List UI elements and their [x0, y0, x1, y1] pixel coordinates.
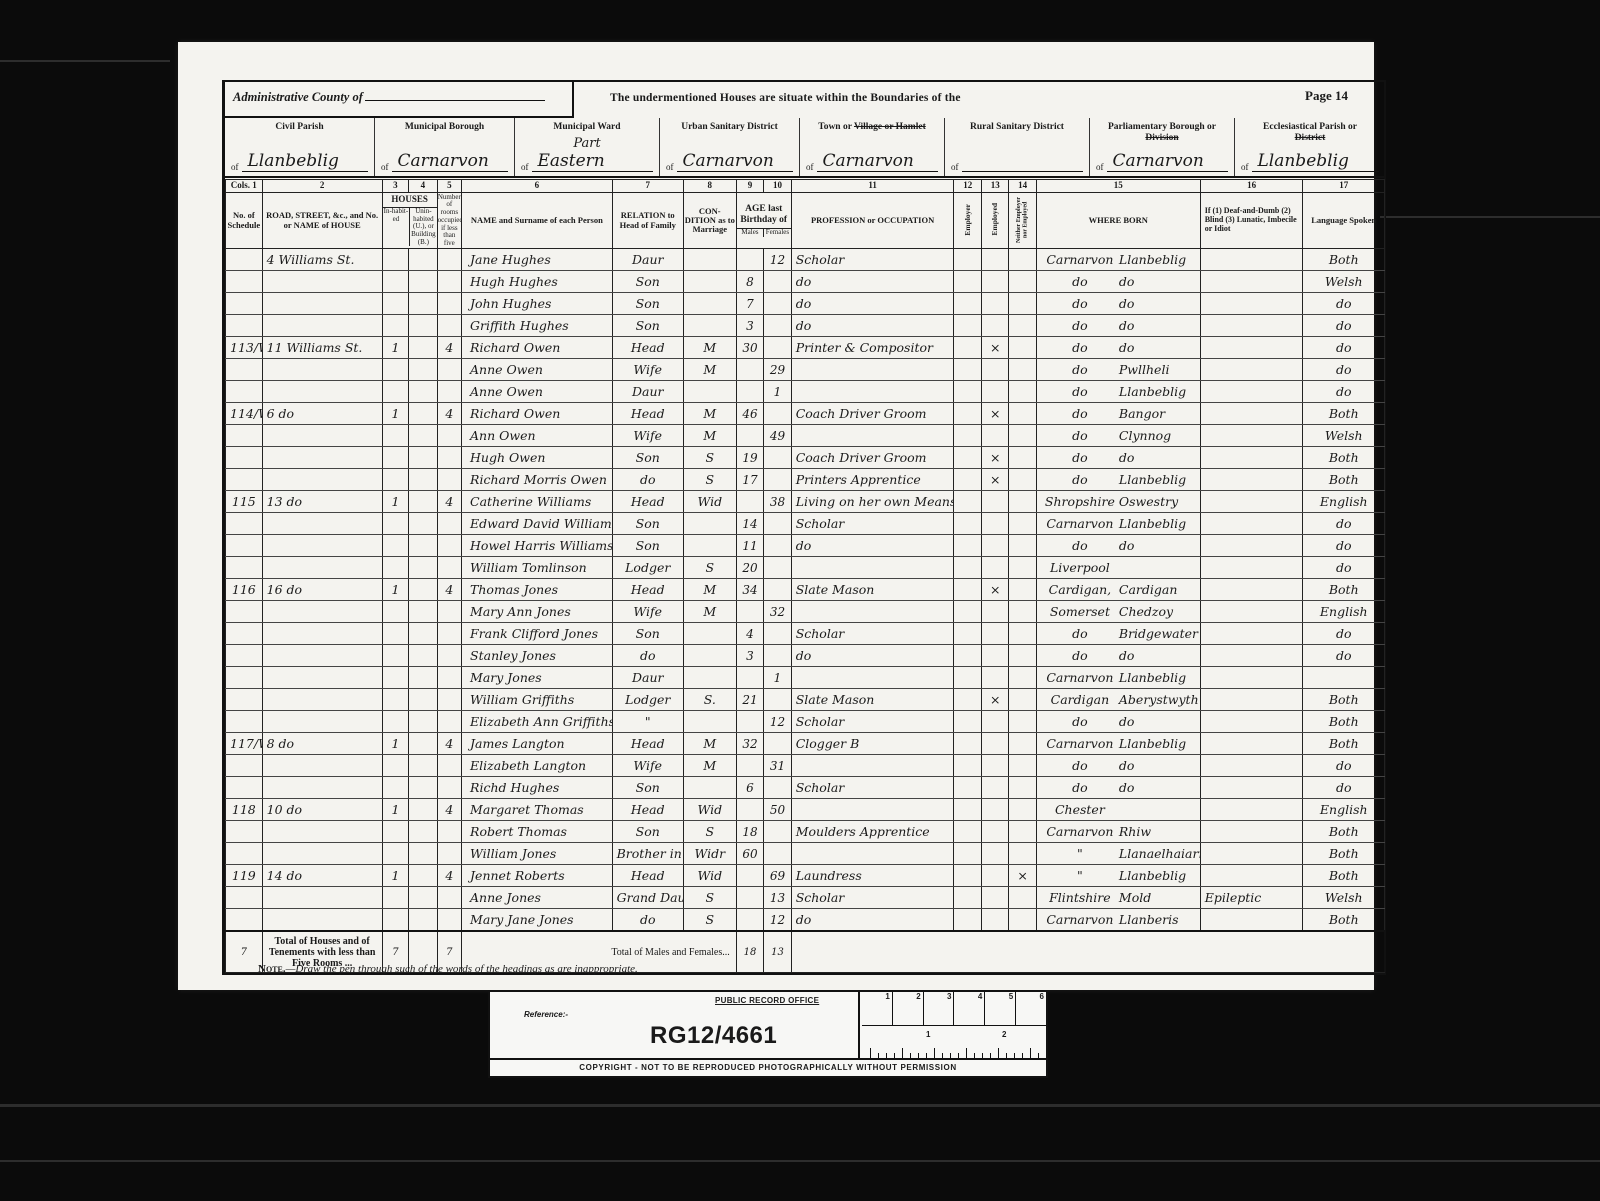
where-born-cell: CarnarvonRhiw	[1036, 821, 1200, 843]
address-cell	[262, 557, 382, 579]
language-cell: Both	[1303, 447, 1385, 469]
language-cell: do	[1303, 535, 1385, 557]
occupation-cell	[791, 557, 954, 579]
condition-cell: S.	[683, 689, 736, 711]
where-born-cell: Chester	[1036, 799, 1200, 821]
occupation-cell	[791, 799, 954, 821]
language-cell: do	[1303, 645, 1385, 667]
age-female-cell	[764, 579, 791, 601]
age-female-cell: 12	[764, 909, 791, 931]
uninhabited-cell	[409, 535, 437, 557]
condition-cell	[683, 381, 736, 403]
age-female-cell: 12	[764, 711, 791, 733]
employed-cell	[981, 623, 1008, 645]
table-row: Elizabeth LangtonWifeM31dododo	[226, 755, 1385, 777]
name-cell: Margaret Thomas	[462, 799, 613, 821]
relation-cell: Son	[612, 271, 683, 293]
uninhabited-cell	[409, 579, 437, 601]
employer-cell	[954, 337, 981, 359]
employed-cell	[981, 381, 1008, 403]
relation-cell: Head	[612, 579, 683, 601]
occupation-cell: do	[791, 271, 954, 293]
address-cell	[262, 513, 382, 535]
rooms-cell	[437, 469, 461, 491]
infirmity-cell: Epileptic	[1200, 887, 1303, 909]
age-female-cell	[764, 337, 791, 359]
condition-cell: Wid	[683, 491, 736, 513]
employed-cell	[981, 667, 1008, 689]
rooms-cell: 4	[437, 579, 461, 601]
rooms-cell	[437, 689, 461, 711]
infirmity-cell	[1200, 535, 1303, 557]
language-cell: Both	[1303, 865, 1385, 887]
name-cell: Richard Owen	[462, 403, 613, 425]
rooms-cell	[437, 535, 461, 557]
relation-cell: Head	[612, 865, 683, 887]
name-cell: Edward David Williams	[462, 513, 613, 535]
employed-cell: ×	[981, 579, 1008, 601]
age-female-cell	[764, 271, 791, 293]
name-cell: Catherine Williams	[462, 491, 613, 513]
uninhabited-cell	[409, 491, 437, 513]
relation-cell: Daur	[612, 667, 683, 689]
employer-cell	[954, 711, 981, 733]
employed-cell	[981, 271, 1008, 293]
schedule-cell	[226, 469, 263, 491]
employed-cell: ×	[981, 469, 1008, 491]
employed-cell	[981, 601, 1008, 623]
relation-cell: Son	[612, 821, 683, 843]
table-row: 4 Williams St.Jane HughesDaur12ScholarCa…	[226, 249, 1385, 271]
occupation-cell: Laundress	[791, 865, 954, 887]
uninhabited-cell	[409, 755, 437, 777]
header-relation: RELATION to Head of Family	[612, 193, 683, 249]
where-born-cell: doClynnog	[1036, 425, 1200, 447]
language-cell: Both	[1303, 821, 1385, 843]
inhabited-cell: 1	[382, 579, 408, 601]
language-cell: Welsh	[1303, 425, 1385, 447]
uninhabited-cell	[409, 513, 437, 535]
where-born-cell: doLlanbeblig	[1036, 381, 1200, 403]
table-row: Griffith HughesSon3dodododo	[226, 315, 1385, 337]
address-cell	[262, 425, 382, 447]
infirmity-cell	[1200, 601, 1303, 623]
address-cell	[262, 843, 382, 865]
table-row: Mary Ann JonesWifeM32SomersetChedzoyEngl…	[226, 601, 1385, 623]
language-cell: Welsh	[1303, 271, 1385, 293]
uninhabited-cell	[409, 821, 437, 843]
language-cell: do	[1303, 557, 1385, 579]
uninhabited-cell	[409, 359, 437, 381]
address-cell	[262, 601, 382, 623]
age-female-cell	[764, 733, 791, 755]
neither-cell	[1009, 689, 1036, 711]
infirmity-cell	[1200, 359, 1303, 381]
condition-cell: S	[683, 887, 736, 909]
table-row: Richd HughesSon6Scholardododo	[226, 777, 1385, 799]
age-male-cell: 14	[736, 513, 763, 535]
table-row: Richard Morris OwendoS17Printers Apprent…	[226, 469, 1385, 491]
table-row: William TomlinsonLodgerS20Liverpooldo	[226, 557, 1385, 579]
language-cell: Both	[1303, 469, 1385, 491]
relation-cell: Son	[612, 777, 683, 799]
inhabited-cell	[382, 645, 408, 667]
age-female-cell	[764, 293, 791, 315]
rooms-cell	[437, 359, 461, 381]
address-cell: 11 Williams St.	[262, 337, 382, 359]
age-male-cell: 32	[736, 733, 763, 755]
neither-cell	[1009, 535, 1036, 557]
where-born-cell: dodo	[1036, 271, 1200, 293]
cm-scale: 1 2 3 4 5 6	[862, 992, 1046, 1026]
age-female-cell	[764, 557, 791, 579]
relation-cell: Lodger	[612, 557, 683, 579]
uninhabited-cell	[409, 909, 437, 931]
relation-cell: Son	[612, 293, 683, 315]
address-cell	[262, 271, 382, 293]
neither-cell	[1009, 777, 1036, 799]
schedule-cell	[226, 557, 263, 579]
age-male-cell: 17	[736, 469, 763, 491]
header-employed: Employed	[981, 193, 1008, 249]
name-cell: Thomas Jones	[462, 579, 613, 601]
municipal-ward-value: Eastern	[532, 151, 654, 172]
where-born-cell: doBangor	[1036, 403, 1200, 425]
rural-sanitary-value	[962, 171, 1084, 172]
inhabited-cell: 1	[382, 337, 408, 359]
condition-cell	[683, 667, 736, 689]
header-rooms: Number of rooms occupied if less than fi…	[437, 193, 461, 249]
occupation-cell	[791, 381, 954, 403]
relation-cell: Son	[612, 447, 683, 469]
occupation-cell	[791, 755, 954, 777]
name-cell: Anne Jones	[462, 887, 613, 909]
schedule-cell	[226, 645, 263, 667]
relation-cell: Lodger	[612, 689, 683, 711]
inhabited-cell	[382, 557, 408, 579]
employed-cell	[981, 557, 1008, 579]
relation-cell: Daur	[612, 381, 683, 403]
film-streak	[0, 1104, 1600, 1107]
neither-cell	[1009, 557, 1036, 579]
age-male-cell	[736, 601, 763, 623]
employer-cell	[954, 689, 981, 711]
condition-cell: S	[683, 909, 736, 931]
employer-cell	[954, 755, 981, 777]
age-male-cell: 6	[736, 777, 763, 799]
language-cell: do	[1303, 315, 1385, 337]
table-row: Ann OwenWifeM49doClynnogWelsh	[226, 425, 1385, 447]
boundaries-title: The undermentioned Houses are situate wi…	[610, 92, 961, 104]
neither-cell	[1009, 469, 1036, 491]
condition-cell	[683, 315, 736, 337]
age-male-cell	[736, 359, 763, 381]
where-born-cell: doBridgewater	[1036, 623, 1200, 645]
municipal-borough-value: Carnarvon	[392, 151, 509, 172]
employer-cell	[954, 293, 981, 315]
relation-cell: Head	[612, 491, 683, 513]
uninhabited-cell	[409, 469, 437, 491]
address-cell: 6 do	[262, 403, 382, 425]
age-female-cell	[764, 513, 791, 535]
relation-cell: do	[612, 645, 683, 667]
schedule-cell	[226, 843, 263, 865]
census-table: Cols. 1 2 3 4 5 6 7 8 9 10 11 12 13 14 1…	[225, 179, 1385, 973]
employer-cell	[954, 623, 981, 645]
occupation-cell: Coach Driver Groom	[791, 447, 954, 469]
schedule-cell	[226, 425, 263, 447]
language-cell: Both	[1303, 249, 1385, 271]
neither-cell	[1009, 447, 1036, 469]
name-cell: Hugh Owen	[462, 447, 613, 469]
neither-cell	[1009, 645, 1036, 667]
where-born-cell: dodo	[1036, 337, 1200, 359]
infirmity-cell	[1200, 755, 1303, 777]
rooms-cell: 4	[437, 403, 461, 425]
age-female-cell: 50	[764, 799, 791, 821]
copyright-notice: COPYRIGHT - NOT TO BE REPRODUCED PHOTOGR…	[490, 1058, 1046, 1076]
table-row: Stanley Jonesdo3dodododo	[226, 645, 1385, 667]
address-cell	[262, 711, 382, 733]
uninhabited-cell	[409, 249, 437, 271]
name-cell: Richard Owen	[462, 337, 613, 359]
inhabited-cell	[382, 315, 408, 337]
occupation-cell: do	[791, 293, 954, 315]
age-male-cell	[736, 909, 763, 931]
infirmity-cell	[1200, 469, 1303, 491]
name-cell: Griffith Hughes	[462, 315, 613, 337]
employed-cell	[981, 359, 1008, 381]
infirmity-cell	[1200, 623, 1303, 645]
name-cell: Frank Clifford Jones	[462, 623, 613, 645]
employed-cell	[981, 293, 1008, 315]
occupation-cell	[791, 359, 954, 381]
neither-cell	[1009, 359, 1036, 381]
name-cell: Jennet Roberts	[462, 865, 613, 887]
employer-cell	[954, 601, 981, 623]
condition-cell: Wid	[683, 799, 736, 821]
district-ecclesiastical: Ecclesiastical Parish orDistrict ofLlanb…	[1235, 118, 1385, 176]
infirmity-cell	[1200, 403, 1303, 425]
condition-cell	[683, 249, 736, 271]
rooms-cell	[437, 755, 461, 777]
condition-cell: M	[683, 755, 736, 777]
employed-cell	[981, 491, 1008, 513]
rooms-cell: 4	[437, 865, 461, 887]
inhabited-cell	[382, 689, 408, 711]
neither-cell	[1009, 887, 1036, 909]
age-female-cell: 29	[764, 359, 791, 381]
language-cell: do	[1303, 337, 1385, 359]
neither-cell	[1009, 667, 1036, 689]
schedule-cell	[226, 667, 263, 689]
condition-cell: S	[683, 821, 736, 843]
header-language: Language Spoken	[1303, 193, 1385, 249]
header-road: ROAD, STREET, &c., and No. or NAME of HO…	[262, 193, 382, 249]
column-header-row: No. of Schedule ROAD, STREET, &c., and N…	[226, 193, 1385, 249]
age-male-cell: 20	[736, 557, 763, 579]
language-cell: Both	[1303, 843, 1385, 865]
infirmity-cell	[1200, 843, 1303, 865]
rooms-cell	[437, 711, 461, 733]
rooms-cell	[437, 447, 461, 469]
condition-cell: M	[683, 579, 736, 601]
relation-cell: "	[612, 711, 683, 733]
employed-cell	[981, 733, 1008, 755]
age-female-cell	[764, 645, 791, 667]
address-cell	[262, 381, 382, 403]
employed-cell	[981, 645, 1008, 667]
uninhabited-cell	[409, 425, 437, 447]
infirmity-cell	[1200, 579, 1303, 601]
header-age: AGE last Birthday of Males Females	[736, 193, 791, 249]
uninhabited-cell	[409, 733, 437, 755]
infirmity-cell	[1200, 315, 1303, 337]
table-row: 11914 do14Jennet RobertsHeadWid69Laundre…	[226, 865, 1385, 887]
name-cell: Richard Morris Owen	[462, 469, 613, 491]
occupation-cell: Clogger B	[791, 733, 954, 755]
where-born-cell: CarnarvonLlanbeblig	[1036, 667, 1200, 689]
name-cell: Elizabeth Ann Griffiths	[462, 711, 613, 733]
schedule-cell: 116	[226, 579, 263, 601]
age-male-cell: 30	[736, 337, 763, 359]
address-cell	[262, 623, 382, 645]
address-cell	[262, 535, 382, 557]
relation-cell: Son	[612, 535, 683, 557]
inch-scale: 1 2	[862, 1026, 1046, 1060]
language-cell: do	[1303, 623, 1385, 645]
film-streak	[1380, 216, 1600, 218]
name-cell: Mary Jane Jones	[462, 909, 613, 931]
schedule-cell	[226, 359, 263, 381]
language-cell: do	[1303, 293, 1385, 315]
language-cell: Both	[1303, 579, 1385, 601]
employer-cell	[954, 645, 981, 667]
civil-parish-value: Llanbeblig	[242, 151, 369, 172]
neither-cell	[1009, 491, 1036, 513]
schedule-cell	[226, 623, 263, 645]
schedule-cell	[226, 777, 263, 799]
where-born-cell: CarnarvonLlanbeblig	[1036, 733, 1200, 755]
district-town: Town or Village or Hamlet ofCarnarvon	[800, 118, 945, 176]
header-name: NAME and Surname of each Person	[462, 193, 613, 249]
name-cell: Jane Hughes	[462, 249, 613, 271]
where-born-cell: dodo	[1036, 711, 1200, 733]
town-value: Carnarvon	[817, 151, 939, 172]
age-female-cell	[764, 447, 791, 469]
age-female-cell	[764, 535, 791, 557]
age-female-cell: 1	[764, 381, 791, 403]
employer-cell	[954, 799, 981, 821]
form-note: Note.—Draw the pen through such of the w…	[258, 963, 638, 975]
where-born-cell: dodo	[1036, 645, 1200, 667]
occupation-cell: Scholar	[791, 513, 954, 535]
employer-cell	[954, 887, 981, 909]
name-cell: Robert Thomas	[462, 821, 613, 843]
reference-label: Reference:-	[524, 1010, 568, 1019]
condition-cell: S	[683, 469, 736, 491]
age-male-cell	[736, 425, 763, 447]
occupation-cell: Coach Driver Groom	[791, 403, 954, 425]
table-row: 117/W8 do14James LangtonHeadM32Clogger B…	[226, 733, 1385, 755]
infirmity-cell	[1200, 271, 1303, 293]
district-municipal-ward: Municipal Ward Part ofEastern	[515, 118, 660, 176]
table-row: John HughesSon7dodododo	[226, 293, 1385, 315]
where-born-cell: dodo	[1036, 755, 1200, 777]
district-headers: Civil Parish ofLlanbeblig Municipal Boro…	[225, 118, 1384, 178]
table-row: 11513 do14Catherine WilliamsHeadWid38Liv…	[226, 491, 1385, 513]
uninhabited-cell	[409, 403, 437, 425]
rooms-cell: 4	[437, 733, 461, 755]
rooms-cell	[437, 271, 461, 293]
rooms-cell	[437, 777, 461, 799]
table-row: Hugh OwenSonS19Coach Driver Groom×dodoBo…	[226, 447, 1385, 469]
schedule-cell: 115	[226, 491, 263, 513]
header-infirmity: If (1) Deaf-and-Dumb (2) Blind (3) Lunat…	[1200, 193, 1303, 249]
occupation-cell: Slate Mason	[791, 689, 954, 711]
census-form: Administrative County of The undermentio…	[222, 80, 1386, 975]
address-cell: 10 do	[262, 799, 382, 821]
where-born-cell: CarnarvonLlanbeblig	[1036, 513, 1200, 535]
occupation-cell	[791, 601, 954, 623]
occupation-cell: Scholar	[791, 887, 954, 909]
rooms-cell	[437, 909, 461, 931]
uninhabited-cell	[409, 777, 437, 799]
relation-cell: do	[612, 469, 683, 491]
employer-cell	[954, 315, 981, 337]
neither-cell	[1009, 337, 1036, 359]
age-female-cell	[764, 821, 791, 843]
neither-cell	[1009, 843, 1036, 865]
age-male-cell: 21	[736, 689, 763, 711]
age-male-cell: 46	[736, 403, 763, 425]
where-born-cell: dodo	[1036, 447, 1200, 469]
condition-cell	[683, 623, 736, 645]
language-cell: Welsh	[1303, 887, 1385, 909]
relation-cell: do	[612, 909, 683, 931]
name-cell: James Langton	[462, 733, 613, 755]
age-male-cell	[736, 667, 763, 689]
occupation-cell: do	[791, 645, 954, 667]
census-sheet: Administrative County of The undermentio…	[178, 42, 1374, 990]
where-born-cell: "Llanaelhaiarn	[1036, 843, 1200, 865]
rooms-cell	[437, 513, 461, 535]
occupation-cell: Printer & Compositor	[791, 337, 954, 359]
age-male-cell: 34	[736, 579, 763, 601]
table-row: Mary Jane JonesdoS12doCarnarvonLlanberis…	[226, 909, 1385, 931]
name-cell: Anne Owen	[462, 359, 613, 381]
employer-cell	[954, 403, 981, 425]
table-row: Howel Harris WilliamsSon11dodododo	[226, 535, 1385, 557]
rooms-cell	[437, 425, 461, 447]
table-row: Hugh HughesSon8dododoWelsh	[226, 271, 1385, 293]
header-neither: Neither Employer nor Employed	[1009, 193, 1036, 249]
header-employer: Employer	[954, 193, 981, 249]
age-male-cell	[736, 799, 763, 821]
relation-cell: Wife	[612, 359, 683, 381]
occupation-cell: Slate Mason	[791, 579, 954, 601]
census-rows: 4 Williams St.Jane HughesDaur12ScholarCa…	[226, 249, 1385, 931]
rooms-cell	[437, 821, 461, 843]
rooms-cell	[437, 381, 461, 403]
urban-sanitary-value: Carnarvon	[677, 151, 794, 172]
admin-county-value	[365, 100, 545, 101]
total-females: 13	[764, 931, 791, 973]
age-male-cell	[736, 249, 763, 271]
name-cell: William Jones	[462, 843, 613, 865]
rooms-cell: 4	[437, 491, 461, 513]
age-male-cell: 8	[736, 271, 763, 293]
